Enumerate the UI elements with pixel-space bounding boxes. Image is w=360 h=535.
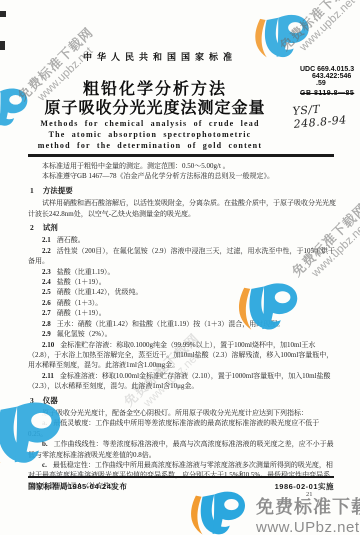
- reagent-item: 2.5硝酸（比重1.42），优级纯。: [28, 287, 336, 297]
- item-number: b.: [42, 440, 48, 448]
- item-text: 最低灵敏度：工作曲线中所用等差浓度标准溶液的最高浓度标准溶液的吸光度应不低于0.…: [28, 419, 319, 437]
- item-text: 硝酸（1＋3）。: [57, 299, 103, 307]
- item-number: 2.6: [42, 299, 51, 307]
- section-1-heading: 1方法提要: [30, 186, 336, 196]
- item-number: 2.8: [42, 320, 51, 328]
- item-text: 盐酸（1＋19）。: [57, 278, 106, 286]
- reagent-item: 2.6硝酸（1＋3）。: [28, 298, 336, 308]
- section-number: 2: [30, 223, 34, 232]
- section-title: 方法提要: [43, 186, 73, 195]
- udc-number-line3: .59: [300, 80, 354, 87]
- section-number: 1: [30, 186, 34, 195]
- upbz-brand-watermark: 免费标准下载网 www.UPbz.net: [180, 489, 360, 535]
- item-text: 硝酸（比重1.42），优级纯。: [57, 288, 143, 296]
- reagent-item: 2.4盐酸（1＋19）。: [28, 277, 336, 287]
- item-text: 工作曲线线性：等差浓度标准溶液中，最高与次高浓度标准溶液的吸光度之差，应不小于最…: [28, 440, 334, 458]
- item-number: 2.2: [42, 247, 51, 255]
- standard-number-struck: GB 8119.8—85: [300, 90, 354, 97]
- instrument-spec-item: b.工作曲线线性：等差浓度标准溶液中，最高与次高浓度标准溶液的吸光度之差，应不小…: [28, 439, 336, 460]
- section-2-heading: 2试剂: [30, 223, 336, 233]
- upbz-logo-icon: [180, 489, 254, 535]
- reagent-item: 2.2活性炭（200目），在氟化氢铵（2.9）溶液中浸泡三天，过滤，用水洗至中性…: [28, 246, 336, 267]
- item-number: 2.10: [42, 341, 54, 349]
- footer-divider-rule: [28, 476, 334, 478]
- header-divider-rule: [28, 154, 334, 157]
- reagent-item: 2.11金标准溶液：移取10.00ml金标准贮存溶液（2.10），置于1000m…: [28, 371, 336, 392]
- reference-paragraph: 本标准遵守GB 1467—78《冶金产品化学分析方法标准的总则及一般规定》。: [28, 171, 336, 181]
- item-number: c.: [42, 461, 47, 469]
- english-title-line1: Methods for chemical analysis of crude l…: [0, 119, 300, 128]
- english-title-line3: method for the determination of gold con…: [0, 141, 300, 150]
- item-number: 2.5: [42, 288, 51, 296]
- section-3-heading: 3仪器: [30, 396, 336, 406]
- udc-block: UDC 669.4.015.3 643.422:546 .59 GB 8119.…: [300, 66, 354, 97]
- section-title: 试剂: [43, 223, 58, 232]
- section-3-paragraph: 原子吸收分光光度计，配备金空心阴极灯。所用原子吸收分光光度计应达到下列指标：: [28, 408, 336, 418]
- scanned-standard-page: 中华人民共和国国家标准 粗铅化学分析方法 原子吸收分光光度法测定金量 Metho…: [0, 0, 360, 535]
- national-standard-header: 中华人民共和国国家标准: [0, 50, 320, 63]
- reagent-item: 2.10金标准贮存溶液：称取0.1000g纯金（99.99%以上），置于100m…: [28, 340, 336, 371]
- document-title-line2: 原子吸收分光光度法测定金量: [0, 95, 310, 118]
- item-number: 2.4: [42, 278, 51, 286]
- item-text: 活性炭（200目），在氟化氢铵（2.9）溶液中浸泡三天，过滤，用水洗至中性，于1…: [28, 247, 335, 265]
- english-title-line2: The atomic absorption spectrophotometric: [0, 130, 300, 139]
- item-number: 2.3: [42, 268, 51, 276]
- item-number: 2.7: [42, 309, 51, 317]
- scope-paragraph: 本标准适用于粗铅中金量的测定。测定范围：0.50～5.00g/t 。: [28, 161, 336, 171]
- item-text: 金标准贮存溶液：称取0.1000g纯金（99.99%以上），置于100ml烧杯中…: [28, 341, 333, 370]
- instrument-spec-item: a.最低灵敏度：工作曲线中所用等差浓度标准溶液的最高浓度标准溶液的吸光度应不低于…: [28, 418, 336, 439]
- issue-date: 国家标准局1985-04-24发布: [28, 481, 127, 492]
- document-body: 本标准适用于粗铅中金量的测定。测定范围：0.50～5.00g/t 。 本标准遵守…: [28, 161, 336, 491]
- page-number: 21: [306, 491, 313, 498]
- scan-speck: [0, 41, 5, 50]
- reagent-item: 2.3盐酸（比重1.19）。: [28, 267, 336, 277]
- section-number: 3: [30, 396, 34, 405]
- udc-number: UDC 669.4.015.3: [300, 66, 354, 73]
- reagent-item: 2.9氟化氢铵（2%）。: [28, 329, 336, 339]
- brand-site-url: www.UPbz.net: [256, 519, 360, 535]
- item-text: 硝酸（1＋19）。: [57, 309, 106, 317]
- scan-speck: [0, 11, 6, 17]
- section-1-paragraph: 试样用硝酸和酒石酸溶解后，以活性炭吸附金，分离杂质。在盐酸介质中，于原子吸收分光…: [28, 198, 336, 219]
- reagent-item: 2.8王水：硝酸（比重1.42）和盐酸（比重1.19）按（1＋3）混合，用时现配…: [28, 319, 336, 329]
- item-text: 王水：硝酸（比重1.42）和盐酸（比重1.19）按（1＋3）混合，用时现配。: [57, 320, 285, 328]
- item-number: 2.9: [42, 330, 51, 338]
- item-text: 金标准溶液：移取10.00ml金标准贮存溶液（2.10），置于1000ml容量瓶…: [28, 372, 331, 390]
- item-number: 2.1: [42, 236, 51, 244]
- udc-number-line2: 643.422:546: [300, 73, 354, 80]
- item-number: a.: [42, 419, 47, 427]
- brand-text: 免费标准下载网 www.UPbz.net: [256, 493, 360, 535]
- item-text: 氟化氢铵（2%）。: [57, 330, 112, 338]
- reagent-item: 2.7硝酸（1＋19）。: [28, 308, 336, 318]
- item-text: 酒石酸。: [57, 236, 85, 244]
- item-text: 盐酸（比重1.19）。: [57, 268, 115, 276]
- section-title: 仪器: [43, 396, 58, 405]
- item-number: 2.11: [42, 372, 54, 380]
- reagent-item: 2.1酒石酸。: [28, 235, 336, 245]
- handwritten-standard-number: YS/T 248.8-94: [292, 99, 360, 131]
